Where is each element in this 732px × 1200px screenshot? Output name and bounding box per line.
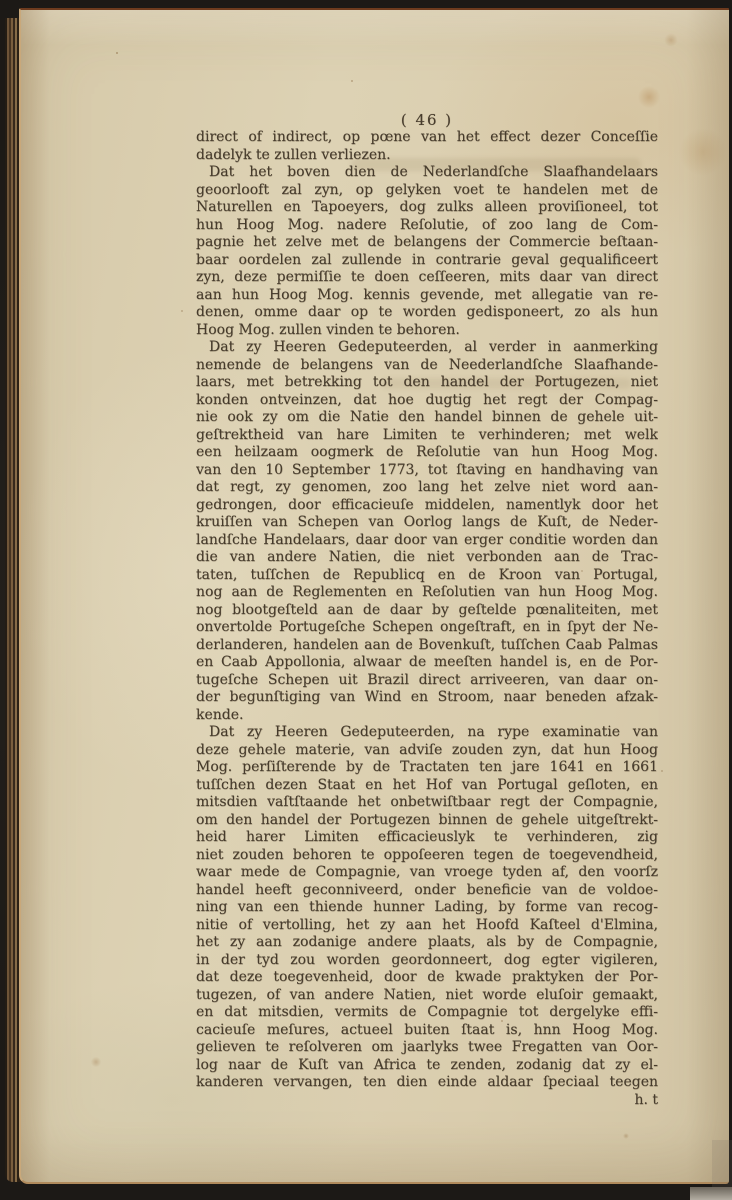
text-line: onvertolde Portugeſche Schepen ongeſtraf… [196,619,658,637]
text-line: dat regt, zy genomen, zoo lang het zelve… [196,479,658,497]
text-line: tugeſche Schepen uit Brazil direct arriv… [196,672,658,690]
text-line: niet zouden behoren te oppoſeeren tegen … [196,847,658,865]
text-line: handel heeft geconniveerd, onder benefic… [196,882,658,900]
paragraph: Dat zy Heeren Gedeputeerden, na rype exa… [196,724,658,1092]
text-line: in der tyd zou worden geordonneert, dog … [196,952,658,970]
text-line: dadelyk te zullen verliezen. [196,147,658,165]
text-line: cacieuſe meſures, actueel buiten ſtaat i… [196,1022,658,1040]
text-line: nitie of vertolling, het zy aan het Hoof… [196,917,658,935]
text-line: gedrongen, door efficacieuſe middelen, n… [196,497,658,515]
text-line: Mog. perſiſterende by de Tractaten ten j… [196,759,658,777]
text-line: laars, met betrekking tot den handel der… [196,374,658,392]
text-line: deze gehele materie, van adviſe zouden z… [196,742,658,760]
text-line: zyn, deze permiſſie te doen ceſſeeren, m… [196,269,658,287]
scan-edge-seam [712,1140,732,1190]
text-line: mitsdien vaſtſtaande het onbetwiſtbaar r… [196,794,658,812]
text-line: en dat mitsdien, vermits de Compagnie to… [196,1004,658,1022]
paragraph: Dat het boven dien de Nederlandſche Slaa… [196,164,658,339]
text-line: taten, tuſſchen de Republicq en de Kroon… [196,567,658,585]
text-line: tugezen, of van andere Natien, niet word… [196,987,658,1005]
text-line: en Caab Appollonia, alwaar de meeſten ha… [196,654,658,672]
text-body: direct of indirect, op pœne van het effe… [196,129,658,1092]
text-line: kende. [196,707,658,725]
text-line: een heilzaam oogmerk de Reſolutie van hu… [196,444,658,462]
text-line: Dat zy Heeren Gedeputeerden, na rype exa… [196,724,658,742]
catchword: h. t [196,1092,658,1108]
text-line: van den 10 September 1773, tot ſtaving e… [196,462,658,480]
text-line: heid harer Limiten efficacieuslyk te ver… [196,829,658,847]
scanned-book-page-view: ( 46 ) direct of indirect, op pœne van h… [0,0,732,1200]
text-line: geſtrektheid van hare Limiten te verhind… [196,427,658,445]
paragraph: direct of indirect, op pœne van het effe… [196,129,658,164]
text-line: Naturellen en Tapoeyers, dog zulks allee… [196,199,658,217]
text-line: geoorlooft zal zyn, op gelyken voet te h… [196,182,658,200]
paragraph: Dat zy Heeren Gedeputeerden, al verder i… [196,339,658,724]
text-line: dat deze toegevenheid, door de kwade pra… [196,969,658,987]
text-line: aan hun Hoog Mog. kennis gevende, met al… [196,287,658,305]
text-line: kruiſſen van Schepen van Oorlog langs de… [196,514,658,532]
text-line: baar oordelen zal zullende in contrarie … [196,252,658,270]
text-line: konden ontveinzen, dat hoe dugtig het re… [196,392,658,410]
text-line: Dat het boven dien de Nederlandſche Slaa… [196,164,658,182]
text-line: derlanderen, handelen aan de Bovenkuſt, … [196,637,658,655]
text-line: der begunſtiging van Wind en Stroom, naa… [196,689,658,707]
text-line: pagnie het zelve met de belangens der Co… [196,234,658,252]
text-line: het zy aan zodanige andere plaats, als b… [196,934,658,952]
paper-specks [21,10,23,12]
text-line: nog aan de Reglementen en Reſolutien van… [196,584,658,602]
text-line: tuſſchen dezen Staat en het Hof van Port… [196,777,658,795]
text-line: nog blootgeſteld aan de daar by geſtelde… [196,602,658,620]
text-line: hun Hoog Mog. nadere Reſolutie, of zoo l… [196,217,658,235]
text-line: gelieven te reſolveren om jaarlyks twee … [196,1039,658,1057]
text-line: Dat zy Heeren Gedeputeerden, al verder i… [196,339,658,357]
text-line: denen, omme daar op te worden gedisponee… [196,304,658,322]
text-line: kanderen vervangen, ten dien einde aldaa… [196,1074,658,1092]
text-line: nie ook zy om die Natie den handel binne… [196,409,658,427]
text-line: ning van een thiende hunner Lading, by f… [196,899,658,917]
text-line: om den handel der Portugezen binnen de g… [196,812,658,830]
text-line: Hoog Mog. zullen vinden te behoren. [196,322,658,340]
text-line: landſche Handelaars, daar door van erger… [196,532,658,550]
text-line: direct of indirect, op pœne van het effe… [196,129,658,147]
page-number: ( 46 ) [196,111,658,129]
text-line: nemende de belangens van de Neederlandſc… [196,357,658,375]
text-line: log naar de Kuſt van Africa te zenden, z… [196,1057,658,1075]
text-line: waar mede de Compagnie, van vroege tyden… [196,864,658,882]
text-line: die van andere Natien, die niet verbonde… [196,549,658,567]
